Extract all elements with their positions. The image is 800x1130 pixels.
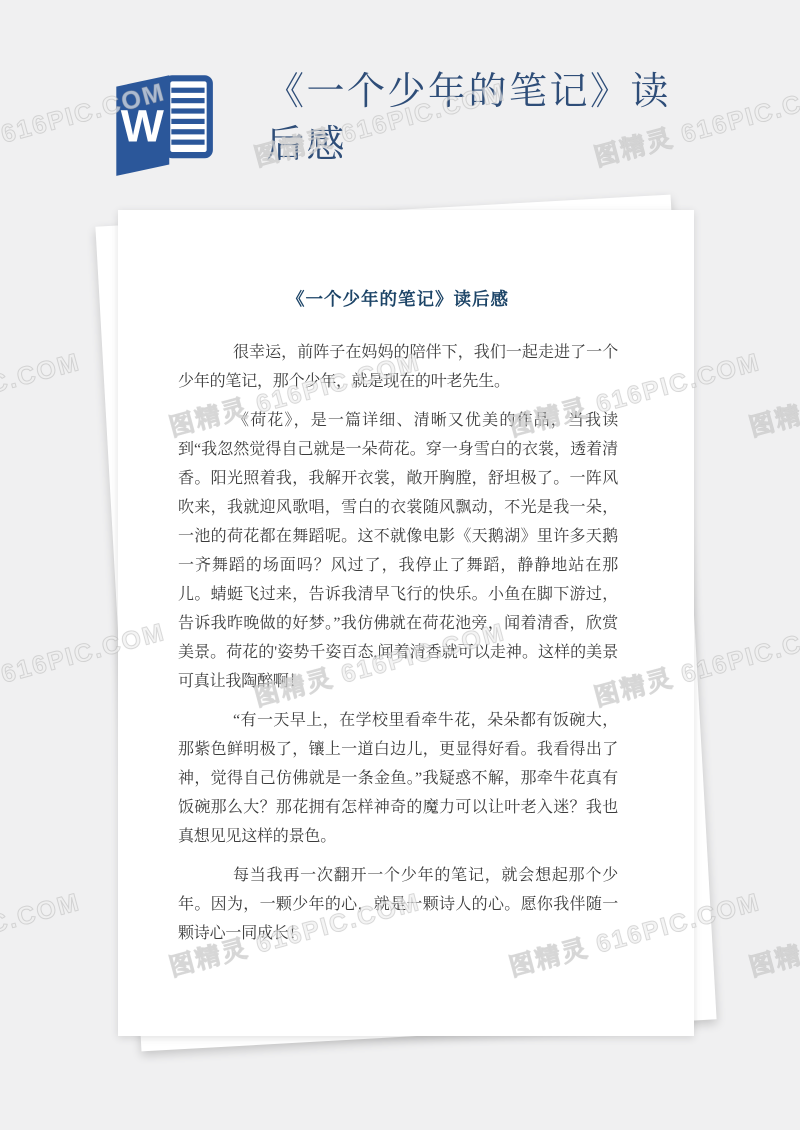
page-front-sheet: 《一个少年的笔记》读后感 很幸运，前阵子在妈妈的陪伴下，我们一起走进了一个少年的… [118,210,694,1036]
word-icon-svg: W [110,70,214,178]
paragraph: 《荷花》，是一篇详细、清晰又优美的作品，当我读到“我忽然觉得自己就是一朵荷花。穿… [178,406,618,696]
watermark-text: 图精灵 616PIC.COM [0,882,84,984]
document-heading: 《一个少年的笔记》读后感 [178,286,618,311]
document-body: 很幸运，前阵子在妈妈的陪伴下，我们一起走进了一个少年的笔记，那个少年，就是现在的… [178,338,618,948]
page-title: 《一个少年的笔记》读后感 [266,66,706,172]
word-icon: W [110,70,214,178]
watermark-text: 图精灵 616PIC.COM [745,342,800,444]
paragraph: 很幸运，前阵子在妈妈的陪伴下，我们一起走进了一个少年的笔记，那个少年，就是现在的… [178,338,618,396]
word-letter: W [121,101,165,152]
paragraph: 每当我再一次翻开一个少年的笔记，就会想起那个少年。因为，一颗少年的心，就是一颗诗… [178,861,618,948]
page-background: 《一个少年的笔记》读后感 很幸运，前阵子在妈妈的陪伴下，我们一起走进了一个少年的… [0,0,800,1130]
paragraph: “有一天早上，在学校里看牵牛花，朵朵都有饭碗大，那紫色鲜明极了，镶上一道白边儿，… [178,706,618,851]
header: W 《一个少年的笔记》读后感 [0,0,800,200]
watermark-text: 图精灵 616PIC.COM [745,882,800,984]
watermark-text: 图精灵 616PIC.COM [0,342,84,444]
